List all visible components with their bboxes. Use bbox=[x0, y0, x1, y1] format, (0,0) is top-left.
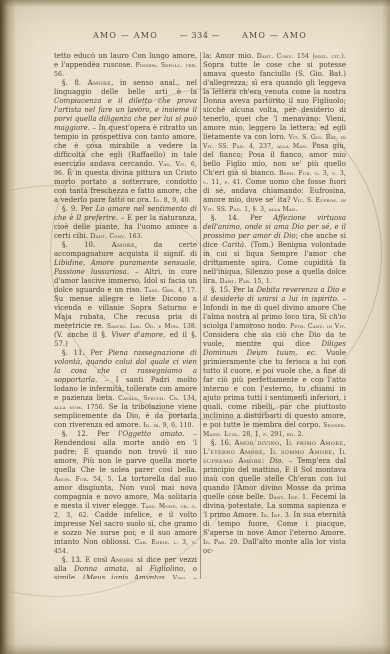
text-segment: Amore bbox=[111, 556, 134, 564]
text-body: tetto educò un lauro Con lungo amore, e … bbox=[54, 52, 346, 579]
citation: Id. ib. 9, 6, 110. bbox=[143, 422, 193, 429]
citation: Anon. Fur. 54, 5. bbox=[54, 476, 114, 483]
text-segment: Meus ignis Amyntas bbox=[86, 574, 165, 579]
left-column: tetto educò un lauro Con lungo amore, e … bbox=[54, 52, 197, 579]
page-edge-shadow bbox=[0, 644, 390, 654]
citation: Id. 8, 9, 40. bbox=[154, 197, 191, 204]
running-header-right: AMO — AMO bbox=[203, 31, 346, 40]
page-edge-shadow bbox=[382, 0, 390, 654]
column-divider-rule bbox=[200, 52, 201, 579]
citation: Id. Par. 29. bbox=[203, 539, 239, 546]
page-edge-shadow bbox=[0, 0, 390, 7]
citation: Dant. Par. 15, 1. bbox=[220, 278, 272, 285]
text-segment: §. 8. bbox=[62, 79, 88, 87]
paragraph: la: Amor mio. Dant. Conv. 154 (ediz. cit… bbox=[203, 52, 346, 214]
text-segment: – bbox=[188, 574, 197, 579]
paragraph: tetto educò un lauro Con lungo amore, e … bbox=[54, 52, 197, 79]
text-segment: §. 16. bbox=[211, 439, 234, 447]
paragraph: §. 14. Per Affezione virtuosa dell'animo… bbox=[203, 214, 346, 286]
text-segment: , bbox=[165, 574, 173, 579]
page-gutter-shadow bbox=[0, 0, 16, 654]
running-header: AMO — AMO — 334 — AMO — AMO bbox=[0, 31, 390, 43]
text-segment: §. 14. Per bbox=[211, 214, 273, 222]
text-segment: §. 15. Per la bbox=[211, 286, 256, 294]
text-segment: Amore bbox=[112, 241, 135, 249]
citation: Dant. Inf. 1. bbox=[269, 494, 308, 501]
citation: Dant. Conv. 154 (ediz. cit.). bbox=[257, 53, 346, 60]
text-segment: §. 10. bbox=[62, 241, 112, 249]
citation: Salvin. Iam. Od. e Mon. 138. bbox=[107, 323, 197, 330]
text-segment: Dio. bbox=[270, 457, 284, 465]
text-segment: §. 11. Per bbox=[62, 349, 108, 357]
text-segment: Carità. bbox=[222, 241, 246, 249]
text-segment: §. 13. E così bbox=[62, 556, 111, 564]
paragraph: §. 15. Per la Debita reverenza a Dio e i… bbox=[203, 286, 346, 439]
text-segment: Sopra tutte le cose che si potesse amava… bbox=[203, 61, 346, 141]
citation: Tass. Ger. 4, 17. bbox=[144, 287, 197, 294]
text-segment: Viver d'amore bbox=[111, 331, 163, 339]
text-segment: (V. anche il §. bbox=[54, 331, 111, 339]
citation: Dant. Conv. 163. bbox=[90, 233, 142, 240]
paragraph: §. 13. E così Amore si dice per vezzi al… bbox=[54, 556, 197, 579]
citation: Id. Inf. 3. bbox=[261, 512, 291, 519]
citation: Petr. Canz. in Vit. bbox=[290, 323, 346, 330]
paragraph: §. 12. Per l'Oggetto amato. – Rendendosi… bbox=[54, 430, 197, 556]
paragraph: §. 8. Amore, in senso anal., nel linguag… bbox=[54, 79, 197, 205]
scanned-book-page: AMO — AMO — 334 — AMO — AMO tetto educò … bbox=[0, 0, 390, 654]
paragraph: §. 9. Per Lo amare nel sentimento di che… bbox=[54, 205, 197, 241]
citation: Virg. bbox=[173, 575, 188, 579]
paragraph: §. 16. Amor divino, Il primo Amore, L'et… bbox=[203, 439, 346, 556]
text-segment: Vuole primieramente che tu ferisca a lui… bbox=[203, 349, 346, 429]
text-segment: la: Amor mio. bbox=[203, 52, 257, 60]
paragraph: §. 11. Per Piena rassegnazione di volont… bbox=[54, 349, 197, 430]
text-segment: Amore bbox=[88, 79, 111, 87]
paragraph: §. 10. Amore, da certe accompagnature ac… bbox=[54, 241, 197, 349]
text-segment: §. 12. Per bbox=[62, 430, 118, 438]
text-segment: Donna amata bbox=[74, 565, 126, 573]
text-segment: §. 9. Per bbox=[62, 205, 96, 213]
right-column: la: Amor mio. Dant. Conv. 154 (ediz. cit… bbox=[203, 52, 346, 579]
text-segment: Figliolino bbox=[150, 565, 183, 573]
text-segment: l'Oggetto amato. bbox=[118, 430, 184, 438]
text-segment: , al bbox=[126, 565, 149, 573]
